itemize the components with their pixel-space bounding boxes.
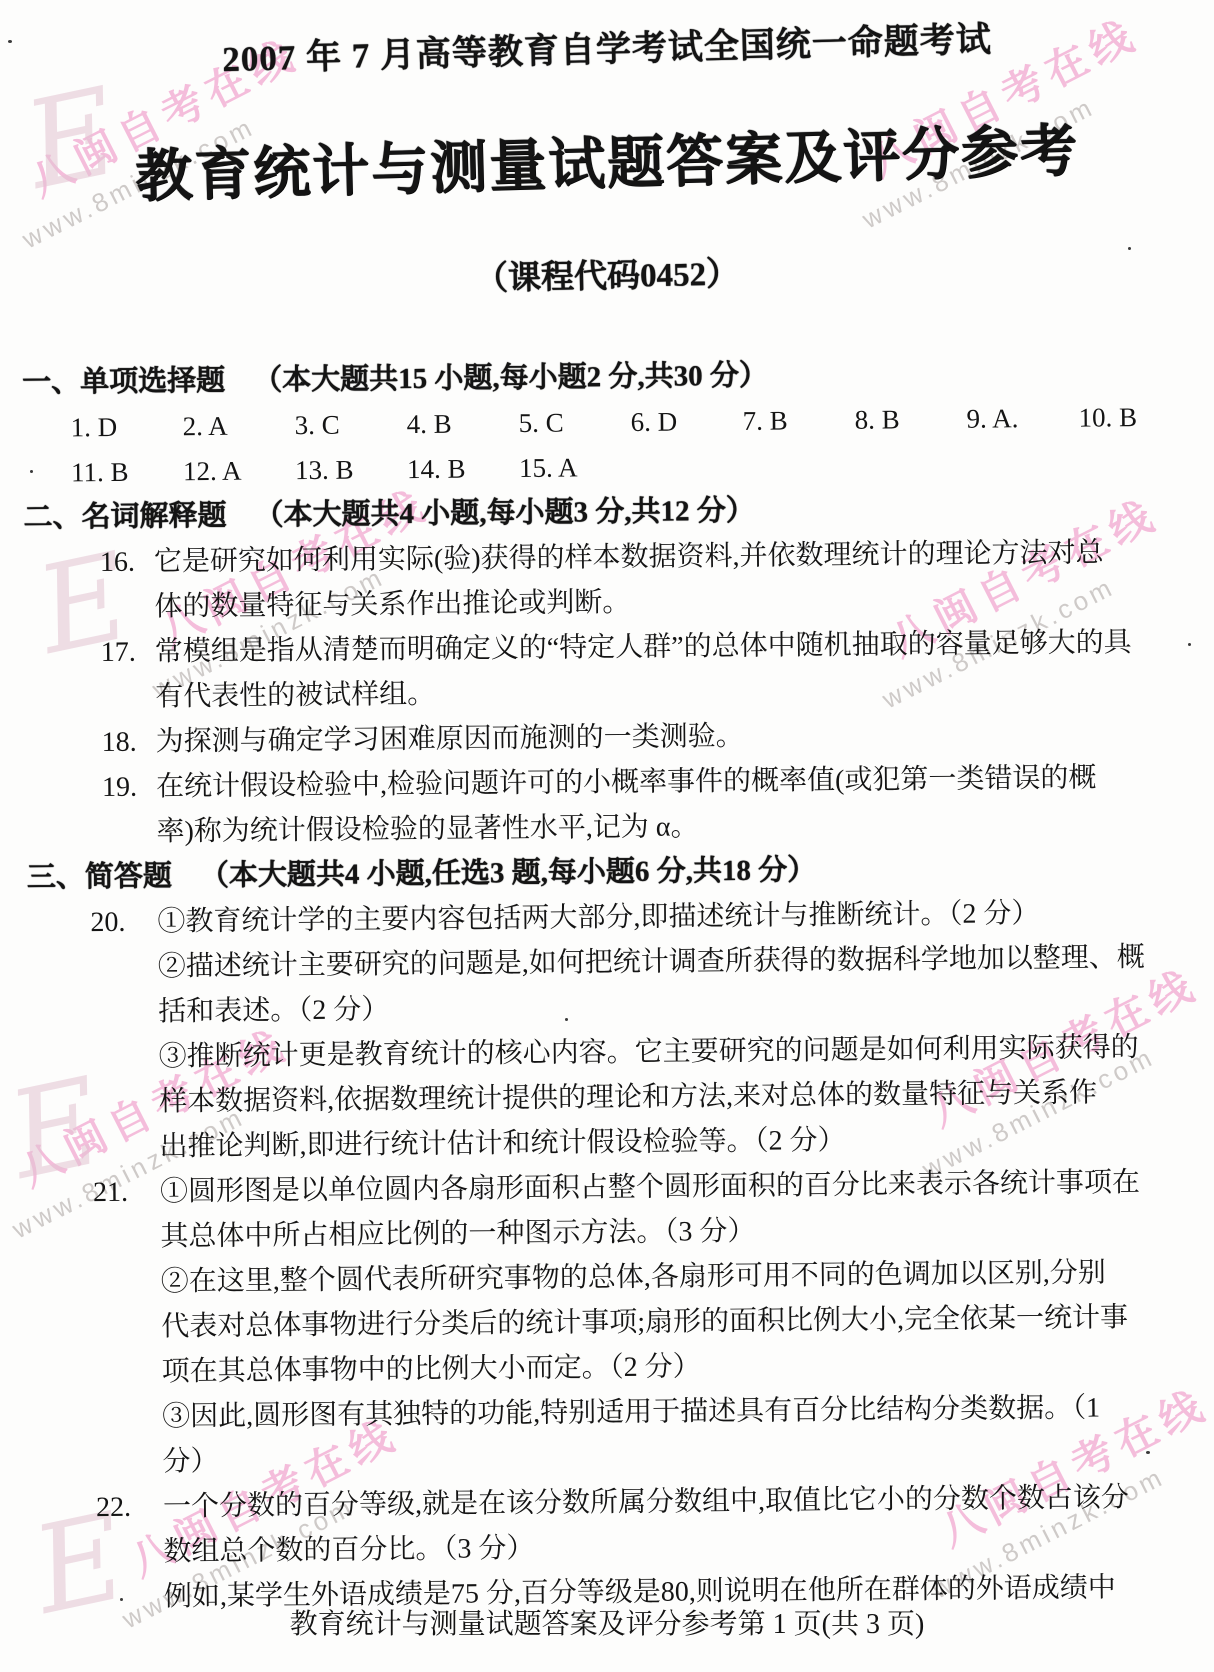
- document-header: 2007 年 7 月高等教育自学考试全国统一命题考试 教育统计与测量试题答案及评…: [0, 22, 1214, 297]
- scan-speck: [30, 470, 33, 473]
- section-2-heading-note: （本大题共4 小题,每小题3 分,共12 分）: [254, 495, 755, 532]
- definition-item-17: 17. 常模组是指从清楚而明确定义的“特定人群”的总体中随机抽取的容量足够大的具…: [3, 619, 1214, 721]
- exam-session-title: 2007 年 7 月高等教育自学考试全国统一命题考试: [0, 6, 1214, 88]
- scanned-exam-page: 八闽自考在线 www.8minzk.com 八闽自考在线 www.8minzk.…: [0, 0, 1214, 1672]
- course-code: （课程代码0452）: [0, 238, 1214, 308]
- item-number: 21.: [93, 1170, 128, 1215]
- section-1-heading-note: （本大题共15 小题,每小题2 分,共30 分）: [253, 360, 768, 397]
- answer-item: 2. A: [182, 403, 287, 449]
- scan-speck: [1128, 247, 1131, 250]
- definition-item-19: 19. 在统计假设检验中,检验问题许可的小概率事件的概率值(或犯第一类错误的概 …: [4, 754, 1214, 856]
- answer-item: 1. D: [70, 404, 175, 450]
- answer-item: 11. B: [71, 449, 176, 495]
- item-number: 16.: [100, 540, 135, 585]
- answer-item: 4. B: [406, 401, 511, 447]
- item-number: 17.: [101, 630, 136, 675]
- scan-speck: [1146, 1451, 1150, 1454]
- answer-item: 3. C: [294, 402, 399, 448]
- answer-item: 13. B: [295, 447, 400, 493]
- scan-speck: [1188, 643, 1191, 646]
- answer-item: 10. B: [1078, 395, 1183, 441]
- document-body: 一、单项选择题（本大题共15 小题,每小题2 分,共30 分） 1. D 2. …: [0, 349, 1214, 1621]
- answer-item: 7. B: [742, 398, 847, 444]
- scan-speck: [565, 1018, 568, 1021]
- page-title: 教育统计与测量试题答案及评分参考: [0, 101, 1214, 217]
- item-number: 20.: [90, 900, 125, 945]
- short-answer-item-20: 20. ①教育统计学的主要内容包括两大部分,即描述统计与推断统计。（2 分） ②…: [5, 889, 1214, 1171]
- section-3-heading-note: （本大题共4 小题,任选3 题,每小题6 分,共18 分）: [200, 854, 817, 892]
- short-answer-item-22: 22. 一个分数的百分等级,就是在该分数所属分数组中,取值比它小的分数个数占该分…: [11, 1474, 1214, 1621]
- answer-item: 8. B: [854, 397, 959, 443]
- section-1-heading-label: 一、单项选择题: [22, 365, 225, 399]
- short-answer-item-21: 21. ①圆形图是以单位圆内各扇形面积占整个圆形面积的百分比来表示各统计事项在 …: [8, 1159, 1214, 1486]
- scan-speck: [120, 1598, 123, 1601]
- answer-item: 14. B: [407, 446, 512, 492]
- answer-item: 12. A: [183, 448, 288, 494]
- scan-speck: [8, 40, 12, 43]
- scan-speck: [430, 592, 433, 595]
- answer-item: 9. A.: [966, 396, 1071, 442]
- page-footer: 教育统计与测量试题答案及评分参考第 1 页(共 3 页): [0, 1602, 1214, 1642]
- item-number: 18.: [101, 720, 136, 765]
- item-number: 22.: [96, 1485, 131, 1530]
- item-number: 19.: [102, 765, 137, 810]
- section-2-heading-label: 二、名词解释题: [23, 500, 226, 534]
- definition-item-16: 16. 它是研究如何利用实际(验)获得的样本数据资料,并依数理统计的理论方法对总…: [2, 529, 1214, 631]
- section-3-heading-label: 三、简答题: [27, 860, 172, 893]
- answer-item: 15. A: [519, 445, 624, 491]
- answer-item: 5. C: [518, 400, 623, 446]
- answer-item: 6. D: [630, 399, 735, 445]
